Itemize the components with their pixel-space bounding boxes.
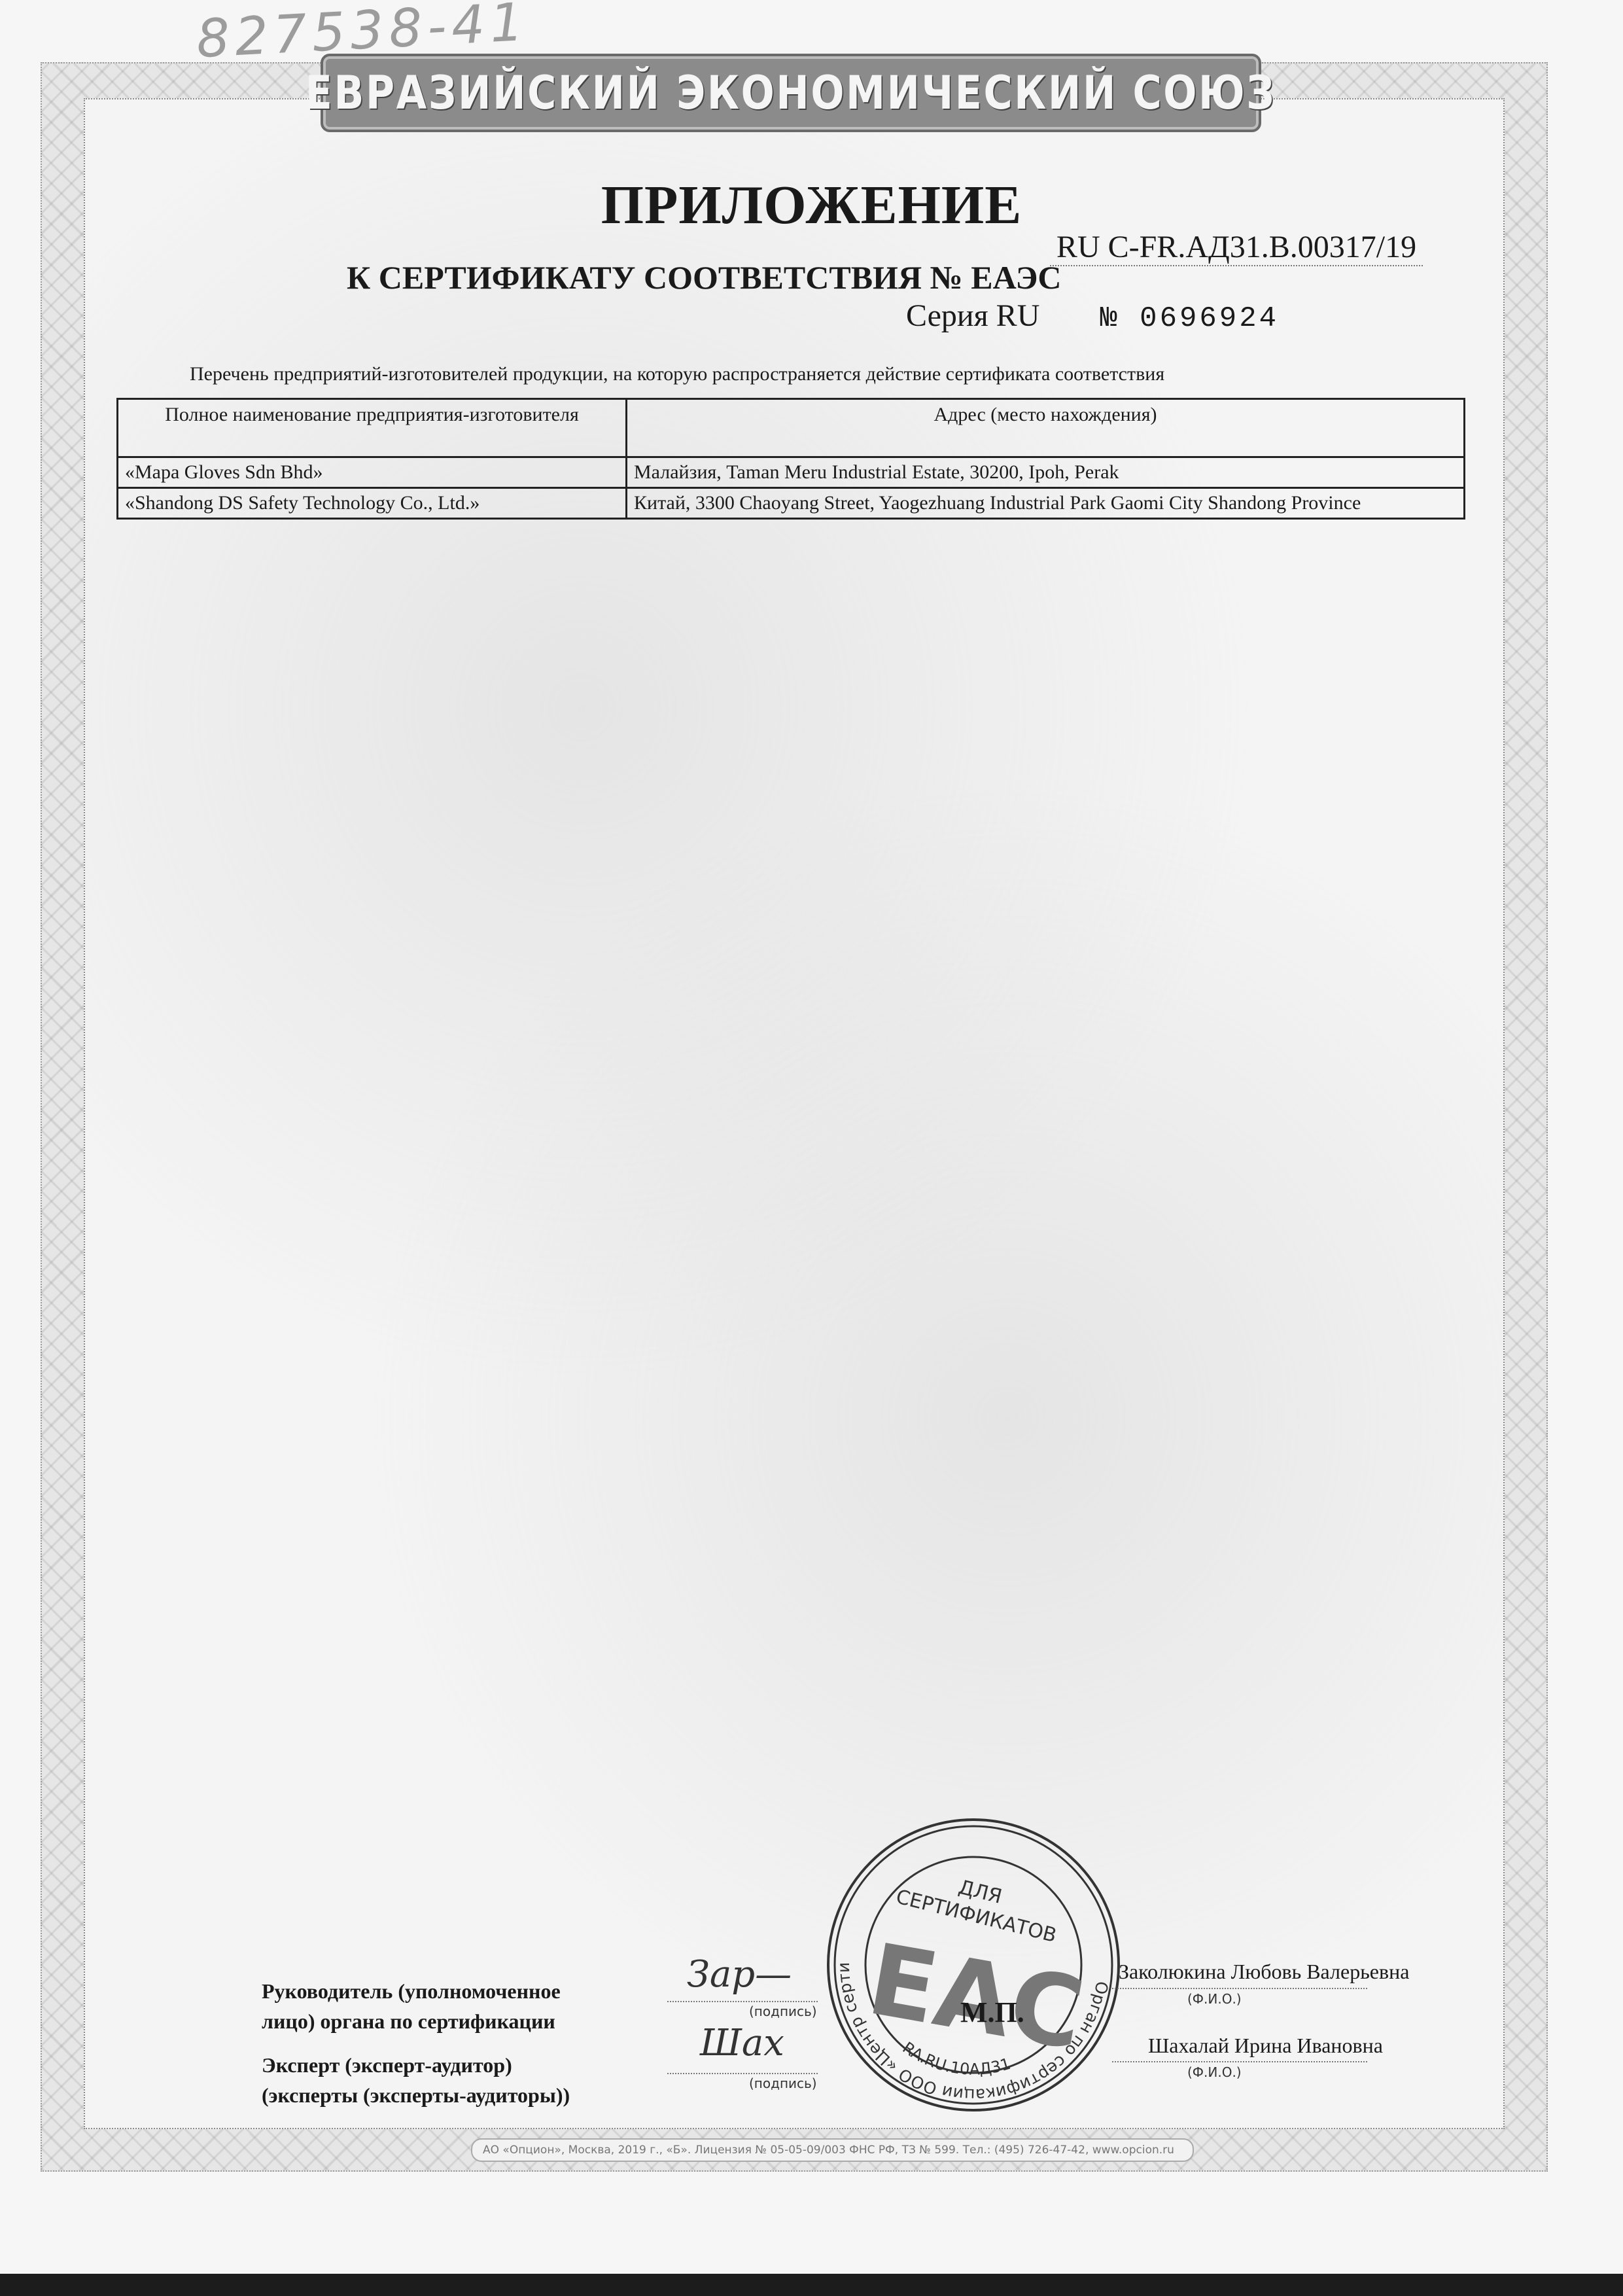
expert-name: Шахалай Ирина Ивановна	[1148, 2034, 1383, 2058]
expert-label-line-1: Эксперт (эксперт-аудитор)	[262, 2050, 570, 2080]
expert-label: Эксперт (эксперт-аудитор) (эксперты (экс…	[262, 2050, 570, 2110]
manufacturers-table: Полное наименование предприятия-изготови…	[116, 398, 1465, 520]
expert-name-line	[1112, 2061, 1367, 2062]
stamp-place-label: М.П.	[960, 1996, 1024, 2029]
head-label-line-2: лицо) органа по сертификации	[262, 2006, 561, 2036]
table-row: «Mapa Gloves Sdn Bhd» Малайзия, Taman Me…	[118, 457, 1465, 488]
manufacturer-name: «Shandong DS Safety Technology Co., Ltd.…	[118, 488, 627, 519]
table-header-row: Полное наименование предприятия-изготови…	[118, 399, 1465, 457]
head-signature-line	[667, 2001, 818, 2002]
header-banner: ЕВРАЗИЙСКИЙ ЭКОНОМИЧЕСКИЙ СОЮЗ	[321, 54, 1261, 132]
page-title: ПРИЛОЖЕНИЕ	[0, 173, 1623, 237]
header-name: Полное наименование предприятия-изготови…	[118, 399, 627, 457]
manufacturer-address: Китай, 3300 Chaoyang Street, Yaogezhuang…	[627, 488, 1465, 519]
manufacturer-address: Малайзия, Taman Meru Industrial Estate, …	[627, 457, 1465, 488]
eac-seal-stamp: Орган по сертификации ООО «Центр сертифи…	[823, 1814, 1124, 2115]
head-name-line	[1112, 1988, 1367, 1989]
head-signature: Зар—	[687, 1953, 792, 1996]
certificate-number-field: RU C-FR.АД31.В.00317/19	[1050, 229, 1423, 266]
head-signature-caption: (подпись)	[749, 2004, 817, 2019]
series-line: Серия RU № 0696924	[906, 298, 1279, 335]
certificate-prefix: К СЕРТИФИКАТУ СООТВЕТСТВИЯ № ЕАЭС	[347, 258, 1062, 296]
expert-signature-line	[667, 2073, 818, 2074]
manufacturer-name: «Mapa Gloves Sdn Bhd»	[118, 457, 627, 488]
printer-imprint: АО «Опцион», Москва, 2019 г., «Б». Лицен…	[471, 2138, 1194, 2162]
table-row: «Shandong DS Safety Technology Co., Ltd.…	[118, 488, 1465, 519]
head-label-line-1: Руководитель (уполномоченное	[262, 1976, 561, 2006]
expert-label-line-2: (эксперты (эксперты-аудиторы))	[262, 2080, 570, 2110]
series-number: № 0696924	[1100, 302, 1279, 335]
expert-signature-caption: (подпись)	[749, 2075, 817, 2091]
head-label: Руководитель (уполномоченное лицо) орган…	[262, 1976, 561, 2036]
certificate-page: 827538-41 ЕВРАЗИЙСКИЙ ЭКОНОМИЧЕСКИЙ СОЮЗ…	[0, 0, 1623, 2274]
expert-signature: Шах	[700, 2022, 784, 2064]
header-address: Адрес (место нахождения)	[627, 399, 1465, 457]
expert-fio-caption: (Ф.И.О.)	[1187, 2064, 1242, 2080]
banner-text: ЕВРАЗИЙСКИЙ ЭКОНОМИЧЕСКИЙ СОЮЗ	[305, 66, 1276, 120]
head-name: Заколюкина Любовь Валерьевна	[1119, 1960, 1409, 1984]
manufacturers-intro: Перечень предприятий-изготовителей проду…	[190, 363, 1164, 385]
scan-edge	[0, 2274, 1623, 2296]
certificate-number: RU C-FR.АД31.В.00317/19	[1056, 230, 1416, 264]
series-label: Серия RU	[906, 298, 1039, 333]
head-fio-caption: (Ф.И.О.)	[1187, 1991, 1242, 2007]
